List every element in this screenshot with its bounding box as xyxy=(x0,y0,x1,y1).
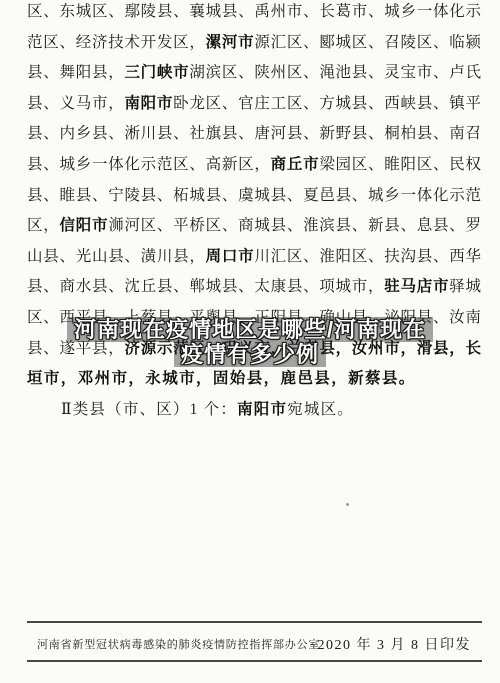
city-name-bold: 商丘市 xyxy=(271,156,320,173)
line-text: 县、睢县、宁陵县、柘城县、虞城县、夏邑县、城乡一体化示范 xyxy=(27,187,481,204)
footer-rule-bottom xyxy=(27,660,482,662)
line-text: 区、东城区、鄢陵县、襄城县、禹州市、长葛市、城乡一体化示 xyxy=(27,3,481,20)
line-text: 卧龙区、官庄工区、方城县、西峡县、镇平 xyxy=(173,95,481,112)
scanned-document-page: 区、东城区、鄢陵县、襄城县、禹州市、长葛市、城乡一体化示 范区、经济技术开发区，… xyxy=(0,0,500,683)
line-text: 县、城乡一体化示范区、高新区， xyxy=(27,156,271,173)
line-text: 范区、经济技术开发区， xyxy=(27,34,206,51)
document-line-class2-county: Ⅱ类县（市、区）1 个：南阳市宛城区。 xyxy=(27,395,481,426)
line-text: 川汇区、淮阳区、扶沟县、西华 xyxy=(254,248,481,265)
document-line: 县、睢县、宁陵县、柘城县、虞城县、夏邑县、城乡一体化示范 xyxy=(27,181,481,212)
document-line: 县、城乡一体化示范区、高新区，商丘市梁园区、睢阳区、民权 xyxy=(27,150,481,181)
footer-print-date: 2020 年 3 月 8 日印发 xyxy=(318,634,472,654)
line-text: 山县、光山县、潢川县， xyxy=(27,248,206,265)
document-line: 区，信阳市浉河区、平桥区、商城县、淮滨县、新县、息县、罗 xyxy=(27,211,481,242)
city-name-bold: 三门峡市 xyxy=(124,64,189,81)
line-text: Ⅱ类县（市、区）1 个： xyxy=(61,401,237,418)
overlay-title-line1: 河南现在疫情地区是哪些/河南现在 xyxy=(0,317,500,342)
line-text: 梁园区、睢阳区、民权 xyxy=(319,156,481,173)
line-text: 驿城 xyxy=(449,278,481,295)
line-text: 源汇区、郾城区、召陵区、临颍 xyxy=(254,34,481,51)
city-name-bold: 漯河市 xyxy=(206,34,255,51)
footer-rule-top xyxy=(27,621,482,623)
document-line: 垣市，邓州市，永城市，固始县，鹿邑县，新蔡县。 xyxy=(27,364,481,395)
line-text: 县、舞阳县， xyxy=(27,64,124,81)
document-line: 县、义马市，南阳市卧龙区、官庄工区、方城县、西峡县、镇平 xyxy=(27,89,481,120)
city-name-bold: 垣市，邓州市，永城市，固始县，鹿邑县，新蔡县。 xyxy=(27,370,416,387)
line-text: 县、内乡县、淅川县、社旗县、唐河县、新野县、桐柏县、南召 xyxy=(27,125,481,142)
title-overlay: 河南现在疫情地区是哪些/河南现在 疫情有多少例 xyxy=(0,317,500,367)
document-line: 区、东城区、鄢陵县、襄城县、禹州市、长葛市、城乡一体化示 xyxy=(27,0,481,28)
document-line: 县、舞阳县，三门峡市湖滨区、陕州区、渑池县、灵宝市、卢氏 xyxy=(27,58,481,89)
city-name-bold: 南阳市 xyxy=(237,401,287,418)
footer-issuer: 河南省新型冠状病毒感染的肺炎疫情防控指挥部办公室 xyxy=(37,636,320,652)
city-name-bold: 周口市 xyxy=(206,248,255,265)
overlay-title-text1: 河南现在疫情地区是哪些/河南现在 xyxy=(67,317,433,342)
document-line: 范区、经济技术开发区，漯河市源汇区、郾城区、召陵区、临颍 xyxy=(27,28,481,59)
line-text: 县、商水县、沈丘县、郸城县、太康县、项城市， xyxy=(27,278,384,295)
document-line: 山县、光山县、潢川县，周口市川汇区、淮阳区、扶沟县、西华 xyxy=(27,242,481,273)
city-name-bold: 信阳市 xyxy=(59,217,108,234)
line-text: 县、义马市， xyxy=(27,95,124,112)
line-text: 浉河区、平桥区、商城县、淮滨县、新县、息县、罗 xyxy=(108,217,481,234)
city-name-bold: 驻马店市 xyxy=(384,278,449,295)
overlay-title-text2: 疫情有多少例 xyxy=(174,342,326,367)
city-name-bold: 南阳市 xyxy=(124,95,173,112)
line-text: 区， xyxy=(27,217,59,234)
document-line: 县、内乡县、淅川县、社旗县、唐河县、新野县、桐柏县、南召 xyxy=(27,119,481,150)
line-text: 宛城区。 xyxy=(287,401,354,418)
line-text: 湖滨区、陕州区、渑池县、灵宝市、卢氏 xyxy=(189,64,481,81)
scan-artifact-dot xyxy=(346,503,349,506)
overlay-title-line2: 疫情有多少例 xyxy=(0,342,500,367)
document-line: 县、商水县、沈丘县、郸城县、太康县、项城市，驻马店市驿城 xyxy=(27,272,481,303)
